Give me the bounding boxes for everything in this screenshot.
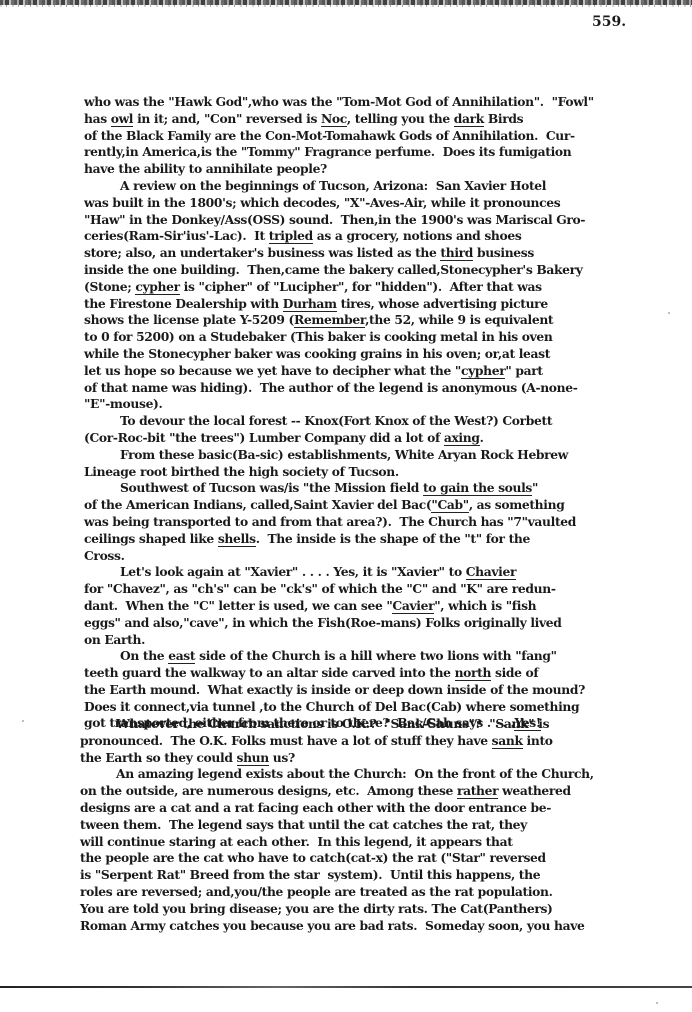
underlined-word: owl [111,111,133,127]
text-line: dant. When the "C" letter is used, we ca… [84,598,664,615]
text-line: ceries(Ram-Sir'ius'-Lac). It tripled as … [84,228,664,245]
text-line: was being transported to and from that a… [84,514,664,531]
underlined-word: rather [457,783,498,799]
text-line: ceilings shaped like shells. The inside … [84,531,664,548]
text-line: on Earth. [84,632,664,649]
text-line: of that name was hiding). The author of … [84,380,664,397]
text-line: the Earth so they could shun us? [80,750,660,767]
underlined-word: shun [237,750,269,766]
underlined-word: north [455,665,492,681]
text-line: An amazing legend exists about the Churc… [80,766,660,783]
text-line: let us hope so because we yet have to de… [84,363,664,380]
underlined-word: Remember [294,312,365,328]
text-line: teeth guard the walkway to an altar side… [84,665,664,682]
underlined-word: dark [454,111,484,127]
text-line: Southwest of Tucson was/is "the Mission … [84,480,664,497]
text-line: roles are reversed; and,you/the people a… [80,884,660,901]
underlined-word: cypher [461,363,505,379]
underlined-word: axing [444,430,480,446]
text-line: was built in the 1800's; which decodes, … [84,195,664,212]
page-bottom-edge [0,986,692,988]
text-line: while the Stonecypher baker was cooking … [84,346,664,363]
text-line: the Firestone Dealership with Durham tir… [84,296,664,313]
underlined-word: tripled [269,228,313,244]
page-number: 559. [592,14,626,30]
text-line: Cross. [84,548,664,565]
scan-speck [668,312,670,314]
text-line: (Cor-Roc-bit "the trees") Lumber Company… [84,430,664,447]
body-text-lower: Whatever the Church sanctions is O.K.? "… [80,716,660,934]
scan-speck [656,1002,658,1004]
text-line: who was the "Hawk God",who was the "Tom-… [84,94,664,111]
text-line: shows the license plate Y-5209 (Remember… [84,312,664,329]
text-line: tween them. The legend says that until t… [80,817,660,834]
text-line: the Earth mound. What exactly is inside … [84,682,664,699]
underlined-word: east [168,648,195,664]
text-line: A review on the beginnings of Tucson, Ar… [84,178,664,195]
text-line: designs are a cat and a rat facing each … [80,800,660,817]
underlined-word: Noc [321,111,347,127]
text-line: will continue staring at each other. In … [80,834,660,851]
text-line: "Haw" in the Donkey/Ass(OSS) sound. Then… [84,212,664,229]
text-line: of the American Indians, called,Saint Xa… [84,497,664,514]
text-line: rently,in America,is the "Tommy" Fragran… [84,144,664,161]
scan-speck [22,720,24,722]
text-line: for "Chavez", as "ch's" can be "ck's" of… [84,581,664,598]
text-line: on the outside, are numerous designs, et… [80,783,660,800]
text-line: Let's look again at "Xavier" . . . . Yes… [84,564,664,581]
text-line: Lineage root birthed the high society of… [84,464,664,481]
text-line: pronounced. The O.K. Folks must have a l… [80,733,660,750]
text-line: "E"-mouse). [84,396,664,413]
text-line: Whatever the Church sanctions is O.K.? "… [80,716,660,733]
underlined-word: cypher [135,279,179,295]
text-line: (Stone; cypher is "cipher" of "Lucipher"… [84,279,664,296]
text-line: have the ability to annihilate people? [84,161,664,178]
underlined-word: Cavier [392,598,434,614]
text-line: From these basic(Ba-sic) establishments,… [84,447,664,464]
text-line: is "Serpent Rat" Breed from the star sys… [80,867,660,884]
scan-edge-artifact [0,0,692,5]
underlined-word: sank [492,733,523,749]
text-line: Roman Army catches you because you are b… [80,918,660,935]
text-line: On the east side of the Church is a hill… [84,648,664,665]
underlined-word: third [440,245,473,261]
text-line: Does it connect,via tunnel ,to the Churc… [84,699,664,716]
text-line: inside the one building. Then,came the b… [84,262,664,279]
text-line: the people are the cat who have to catch… [80,850,660,867]
underlined-word: "Cab" [431,497,468,513]
text-line: has owl in it; and, "Con" reversed is No… [84,111,664,128]
text-line: You are told you bring disease; you are … [80,901,660,918]
body-text-upper: who was the "Hawk God",who was the "Tom-… [84,94,664,732]
underlined-word: Chavier [466,564,516,580]
underlined-word: shells [218,531,256,547]
text-line: To devour the local forest -- Knox(Fort … [84,413,664,430]
text-line: of the Black Family are the Con-Mot-Toma… [84,128,664,145]
text-line: eggs" and also,"cave", in which the Fish… [84,615,664,632]
underlined-word: Durham [283,296,337,312]
text-line: store; also, an undertaker's business wa… [84,245,664,262]
underlined-word: to gain the souls [423,480,532,496]
text-line: to 0 for 5200) on a Studebaker (This bak… [84,329,664,346]
